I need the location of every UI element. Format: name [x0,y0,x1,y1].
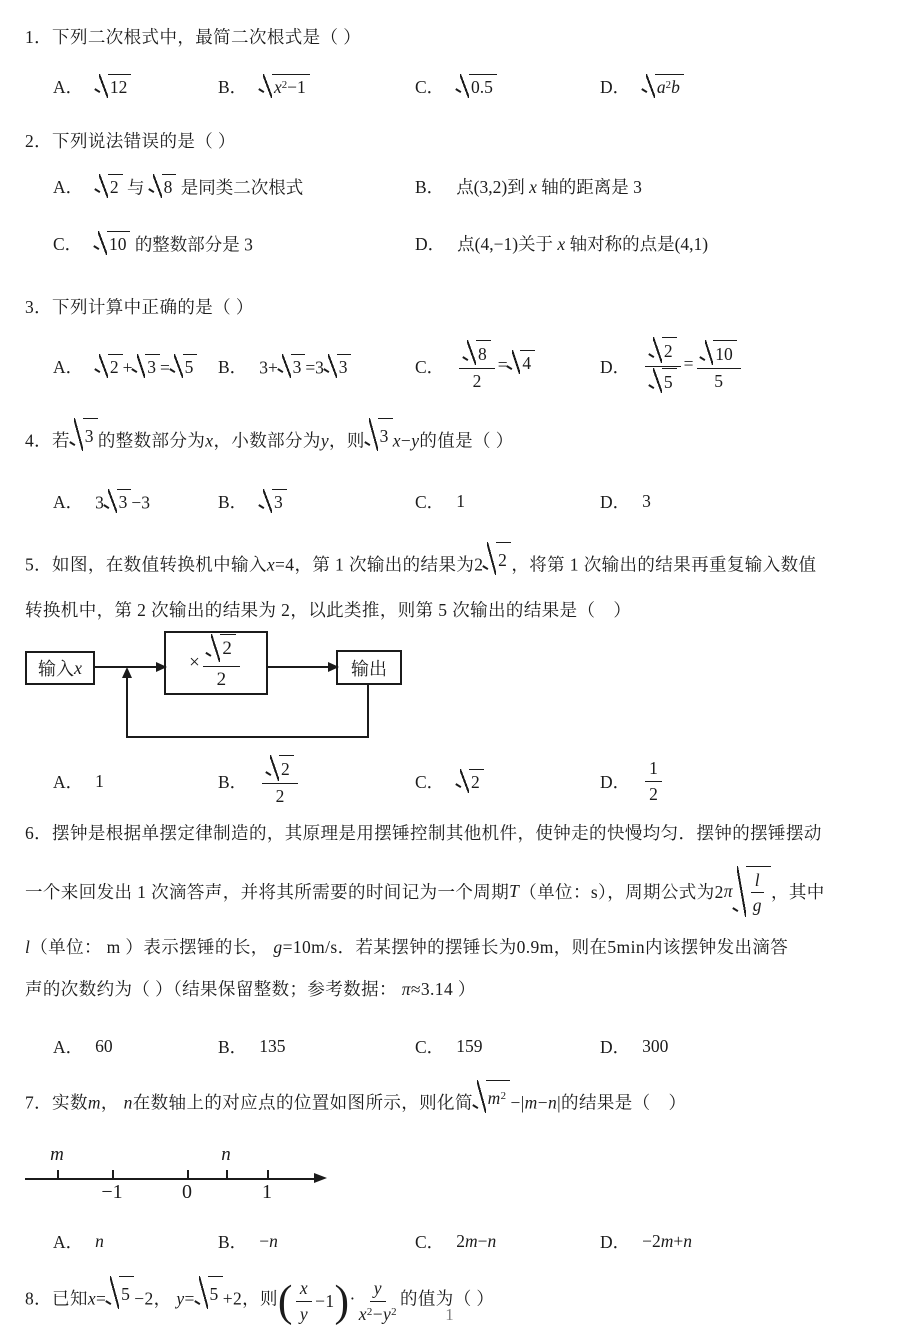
option-value: x2−1 [259,74,310,99]
q2-option-d: D．点(4,−1)关于 x 轴对称的点是(4,1) [415,231,871,256]
tick-m [57,1170,59,1178]
q2-option-a: A．2 与 8 是同类二次根式 [53,174,415,200]
option-value: 3+3=33 [259,354,351,379]
q7-option-a: A．n [53,1229,218,1254]
flowchart-input-box: 输入x [25,651,95,685]
q5-option-c: C．2 [415,769,600,794]
question-1: 1．下列二次根式中，最简二次根式是（ ） A．12 B．x2−1 C．0.5 D… [25,22,871,110]
question-3-options: A．2+3=5 B．3+3=33 C．82=4 D．25=105 [25,334,871,398]
flowchart-output-box: 输出 [336,650,402,685]
document: { "document": { "footer_page_number": "1… [0,0,899,1331]
question-2-options-row-1: A．2 与 8 是同类二次根式 B．点(3,2)到 x 轴的距离是 3 [25,160,871,213]
q1-option-d: D．a2b [600,74,871,99]
question-2-options-row-2: C．10 的整数部分是 3 D．点(4,−1)关于 x 轴对称的点是(4,1) [25,217,871,270]
flowchart-machine-box: ×22 [164,631,268,695]
q1-option-b: B．x2−1 [218,74,415,99]
option-label: D． [600,74,630,99]
question-5: 5．如图，在数值转换机中输入x=4，第 1 次输出的结果为22，将第 1 次输出… [25,542,871,809]
option-value: 3 [642,491,651,512]
question-6-options: A．60 B．135 C．159 D．300 [25,1030,871,1062]
q3-option-c: C．82=4 [415,340,600,393]
question-7: 7．实数m， n在数轴上的对应点的位置如图所示，则化简m2−|m−n|的结果是（… [25,1080,871,1256]
q5-option-d: D．12 [600,757,871,806]
question-7-options: A．n B．−n C．2m−n D．−2m+n [25,1228,871,1256]
option-label: D． [600,769,630,794]
option-value: 300 [642,1036,668,1057]
flowchart-feedback-up-arrow [126,678,128,738]
option-label: D． [600,354,630,379]
q7-number-line: m n −1 0 1 [25,1142,355,1202]
question-6-stem-line-4: 声的次数约为（ ）（结果保留整数；参考数据： π≈3.14 ） [25,974,871,1004]
q7-option-c: C．2m−n [415,1229,600,1254]
arrow-right-icon [314,1173,327,1183]
option-label: D． [600,1034,630,1059]
option-label: B． [218,769,247,794]
option-label: A． [53,174,83,199]
option-value: 33−3 [95,489,150,514]
q3-option-b: B．3+3=33 [218,354,415,379]
q4-option-c: C．1 [415,489,600,514]
q7-option-b: B．−n [218,1229,415,1254]
number-line-label-m: m [37,1144,77,1166]
option-label: D． [415,231,445,256]
q6-option-b: B．135 [218,1034,415,1059]
arrow-right-icon [156,662,167,672]
option-value: 60 [95,1036,113,1057]
q4-option-d: D．3 [600,489,871,514]
tick-0 [187,1170,189,1178]
flowchart-arrow-machine-to-output [268,666,328,668]
q3-option-d: D．25=105 [600,337,871,394]
option-value: −2m+n [642,1231,692,1252]
option-value: 22 [259,755,301,808]
option-label: B． [415,174,444,199]
option-value: 10 的整数部分是 3 [94,231,253,257]
question-4-options: A．33−3 B．3 C．1 D．3 [25,482,871,522]
q7-option-d: D．−2m+n [600,1229,871,1254]
option-value: a2b [642,74,684,99]
page-number: 1 [0,1305,899,1325]
question-6-stem-line-2: 一个来回发出 1 次滴答声，并将其所需要的时间记为一个周期T（单位：s），周期公… [25,862,871,920]
option-value: 2+3=5 [95,354,197,379]
q5-flowchart: 输入x ×22 输出 [25,631,455,746]
option-label: D． [600,489,630,514]
question-6-stem-line-1: 6．摆钟是根据单摆定律制造的，其原理是用摆锤控制其他机件，使钟走的快慢均匀．摆钟… [25,818,871,848]
option-value: 159 [456,1036,482,1057]
q2-option-b: B．点(3,2)到 x 轴的距离是 3 [415,174,871,199]
option-value: 1 [95,771,104,792]
option-value: −n [259,1231,278,1252]
q3-option-a: A．2+3=5 [53,354,218,379]
question-3-stem: 3．下列计算中正确的是（ ） [25,292,871,322]
question-2: 2．下列说法错误的是（ ） A．2 与 8 是同类二次根式 B．点(3,2)到 … [25,126,871,270]
question-6-stem-line-3: l（单位： m ）表示摆锤的长， g=10m/s．若某摆钟的摆锤长为0.9m，则… [25,932,871,962]
question-7-stem: 7．实数m， n在数轴上的对应点的位置如图所示，则化简m2−|m−n|的结果是（… [25,1080,871,1118]
q5-option-b: B．22 [218,755,415,808]
q4-option-a: A．33−3 [53,489,218,514]
q1-option-a: A．12 [53,74,218,99]
tick-label-1: 1 [247,1181,287,1204]
option-label: C． [415,1034,444,1059]
option-label: A． [53,1229,83,1254]
question-6: 6．摆钟是根据单摆定律制造的，其原理是用摆锤控制其他机件，使钟走的快慢均匀．摆钟… [25,818,871,1062]
option-value: 2 与 8 是同类二次根式 [95,174,303,200]
option-label: D． [600,1229,630,1254]
option-label: B． [218,489,247,514]
tick-1 [267,1170,269,1178]
question-5-stem-line-2: 转换机中，第 2 次输出的结果为 2，以此类推，则第 5 次输出的结果是（ ） [25,595,871,625]
option-value: 1 [456,491,465,512]
option-value: 点(3,2)到 x 轴的距离是 3 [456,174,642,199]
tick-minus-1 [112,1170,114,1178]
option-label: C． [415,354,444,379]
flowchart-feedback-down-line [367,685,369,738]
q6-option-c: C．159 [415,1034,600,1059]
q6-option-d: D．300 [600,1034,871,1059]
option-value: 0.5 [456,74,497,99]
option-value: 82=4 [456,340,535,393]
tick-label-0: 0 [167,1181,207,1204]
flowchart-feedback-horizontal-line [126,736,369,738]
option-label: C． [415,769,444,794]
q2-option-c: C．10 的整数部分是 3 [53,231,415,257]
tick-label-minus-1: −1 [92,1181,132,1204]
option-label: A． [53,1034,83,1059]
number-line-axis [25,1178,315,1180]
q5-option-a: A．1 [53,769,218,794]
question-5-options: A．1 B．22 C．2 D．12 [25,754,871,808]
question-4: 4．若3的整数部分为x，小数部分为y，则3x−y的值是（ ） A．33−3 B．… [25,418,871,522]
option-label: A． [53,354,83,379]
option-label: C． [415,489,444,514]
option-label: A． [53,489,83,514]
arrow-right-icon [328,662,339,672]
q4-option-b: B．3 [218,489,415,514]
option-label: C． [53,231,82,256]
option-label: B． [218,74,247,99]
option-value: 2 [456,769,484,794]
option-value: 135 [259,1036,285,1057]
option-label: A． [53,769,83,794]
option-value: 25=105 [642,337,744,394]
option-label: A． [53,74,83,99]
question-2-stem: 2．下列说法错误的是（ ） [25,126,871,156]
option-label: B． [218,1229,247,1254]
option-value: 2m−n [456,1231,496,1252]
question-4-stem: 4．若3的整数部分为x，小数部分为y，则3x−y的值是（ ） [25,418,871,456]
question-1-options: A．12 B．x2−1 C．0.5 D．a2b [25,62,871,110]
option-label: B． [218,354,247,379]
question-3: 3．下列计算中正确的是（ ） A．2+3=5 B．3+3=33 C．82=4 D… [25,292,871,398]
option-label: C． [415,1229,444,1254]
arrow-up-icon [122,667,132,678]
number-line-label-n: n [206,1144,246,1166]
tick-n [226,1170,228,1178]
question-5-stem-line-1: 5．如图，在数值转换机中输入x=4，第 1 次输出的结果为22，将第 1 次输出… [25,542,871,580]
q1-option-c: C．0.5 [415,74,600,99]
option-value: n [95,1231,104,1252]
option-label: C． [415,74,444,99]
question-1-stem: 1．下列二次根式中，最简二次根式是（ ） [25,22,871,52]
option-value: 3 [259,489,287,514]
option-value: 12 [642,757,665,806]
q6-option-a: A．60 [53,1034,218,1059]
option-value: 点(4,−1)关于 x 轴对称的点是(4,1) [457,231,708,256]
option-label: B． [218,1034,247,1059]
option-value: 12 [95,74,131,99]
